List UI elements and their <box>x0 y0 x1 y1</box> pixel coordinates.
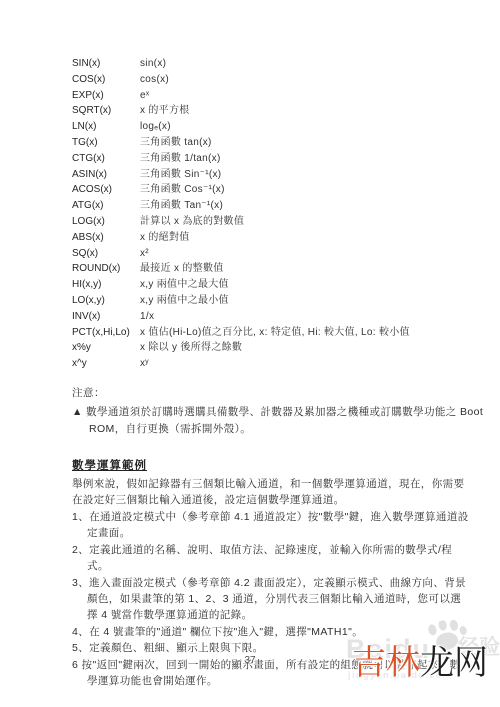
notice-label: 注意： <box>72 385 105 400</box>
function-name: ACOS(x) <box>72 182 140 198</box>
example-step: 1、在通道設定模式中（參考章節 4.1 通道設定）按"數學"鍵，進入數學運算通道… <box>72 509 470 542</box>
function-name: HI(x,y) <box>72 277 140 293</box>
notice-text: ▲ 數學通道須於訂購時選購具備數學、計數器及累加器之機種或訂購數學功能之 Boo… <box>72 404 487 437</box>
example-intro: 舉例來說，假如記錄器有三個類比輸入通道，和一個數學運算通道，現在，你需要在設定好… <box>72 476 469 509</box>
function-name: x^y <box>72 356 140 372</box>
function-row: x^y xʸ <box>72 356 410 372</box>
function-row: SQRT(x) x 的平方根 <box>72 103 410 119</box>
example-heading: 數學運算範例 <box>72 457 147 473</box>
function-row: SQ(x) x² <box>72 246 410 262</box>
function-row: ROUND(x) 最接近 x 的整數值 <box>72 261 410 277</box>
function-description: x 的絕對值 <box>140 230 190 246</box>
function-row: ACOS(x) 三角函數 Cos⁻¹(x) <box>72 182 410 198</box>
function-description: x,y 兩值中之最大值 <box>140 277 229 293</box>
function-name: SQRT(x) <box>72 103 140 119</box>
function-name: COS(x) <box>72 72 140 88</box>
function-name: x%y <box>72 340 140 356</box>
function-row: ABS(x) x 的絕對值 <box>72 230 410 246</box>
function-name: TG(x) <box>72 135 140 151</box>
function-name: ABS(x) <box>72 230 140 246</box>
function-description: x 的平方根 <box>140 103 190 119</box>
watermark-overlay-text: 吉林龙网 <box>352 644 488 682</box>
function-description: 計算以 x 為底的對數值 <box>140 214 244 230</box>
function-description: xʸ <box>140 356 149 372</box>
document-page: SIN(x) sin(x) COS(x) cos(x) EXP(x) eˣ SQ… <box>0 0 500 707</box>
function-description: 三角函數 tan(x) <box>140 135 212 151</box>
function-description: 最接近 x 的整數值 <box>140 261 224 277</box>
function-description: eˣ <box>140 88 149 104</box>
function-description: x 值佔(Hi-Lo)值之百分比, x: 特定值, Hi: 較大值, Lo: 較… <box>140 325 410 341</box>
function-description: logₑ(x) <box>140 119 171 135</box>
function-row: PCT(x,Hi,Lo) x 值佔(Hi-Lo)值之百分比, x: 特定值, H… <box>72 325 410 341</box>
function-name: LOG(x) <box>72 214 140 230</box>
watermark-overlay-part2: 龙网 <box>420 644 488 682</box>
function-name: ASIN(x) <box>72 167 140 183</box>
function-row: x%y x 除以 y 後所得之餘數 <box>72 340 410 356</box>
function-description: 三角函數 Cos⁻¹(x) <box>140 182 225 198</box>
function-table: SIN(x) sin(x) COS(x) cos(x) EXP(x) eˣ SQ… <box>72 56 410 372</box>
function-row: LO(x,y) x,y 兩值中之最小值 <box>72 293 410 309</box>
function-row: ATG(x) 三角函數 Tan⁻¹(x) <box>72 198 410 214</box>
function-name: LN(x) <box>72 119 140 135</box>
function-description: cos(x) <box>140 72 169 88</box>
function-name: CTG(x) <box>72 151 140 167</box>
function-description: 三角函數 Tan⁻¹(x) <box>140 198 223 214</box>
watermark: Baidu 经验 jingyan.baidu.com 吉林龙网 <box>340 618 500 707</box>
watermark-overlay-part1: 吉林 <box>352 644 420 682</box>
function-description: x,y 兩值中之最小值 <box>140 293 229 309</box>
function-row: EXP(x) eˣ <box>72 88 410 104</box>
function-row: SIN(x) sin(x) <box>72 56 410 72</box>
example-step: 2、定義此通道的名稱、說明、取值方法、記錄速度，並輸入你所需的數學式/程式。 <box>72 542 470 575</box>
function-name: PCT(x,Hi,Lo) <box>72 325 140 341</box>
function-name: ATG(x) <box>72 198 140 214</box>
function-name: SIN(x) <box>72 56 140 72</box>
function-description: x² <box>140 246 149 262</box>
function-name: ROUND(x) <box>72 261 140 277</box>
function-description: x 除以 y 後所得之餘數 <box>140 340 242 356</box>
function-row: COS(x) cos(x) <box>72 72 410 88</box>
function-description: 三角函數 Sin⁻¹(x) <box>140 167 221 183</box>
function-row: ASIN(x) 三角函數 Sin⁻¹(x) <box>72 167 410 183</box>
function-description: 1/x <box>140 309 154 325</box>
function-row: INV(x) 1/x <box>72 309 410 325</box>
function-row: LOG(x) 計算以 x 為底的對數值 <box>72 214 410 230</box>
function-name: EXP(x) <box>72 88 140 104</box>
function-name: SQ(x) <box>72 246 140 262</box>
function-description: sin(x) <box>140 56 166 72</box>
function-row: CTG(x) 三角函數 1/tan(x) <box>72 151 410 167</box>
function-row: LN(x) logₑ(x) <box>72 119 410 135</box>
example-step: 3、進入畫面設定模式（參考章節 4.2 畫面設定），定義顯示模式、曲線方向、背景… <box>72 575 470 624</box>
function-row: HI(x,y) x,y 兩值中之最大值 <box>72 277 410 293</box>
function-name: INV(x) <box>72 309 140 325</box>
function-row: TG(x) 三角函數 tan(x) <box>72 135 410 151</box>
function-description: 三角函數 1/tan(x) <box>140 151 221 167</box>
function-name: LO(x,y) <box>72 293 140 309</box>
